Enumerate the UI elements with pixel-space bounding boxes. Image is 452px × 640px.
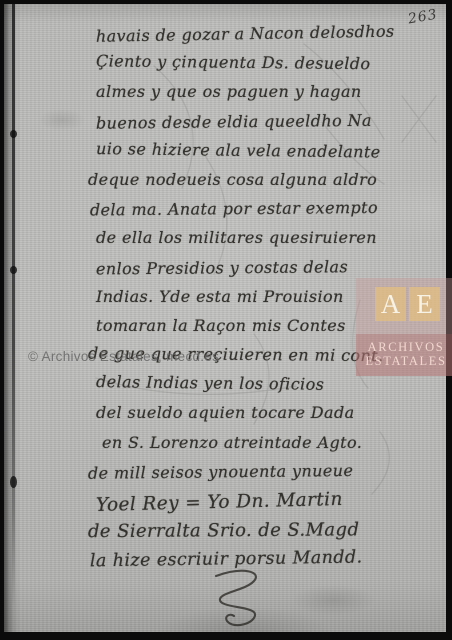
binding-line [12,4,15,632]
manuscript-line: del sueldo aquien tocare Dada [96,403,416,432]
binding-nick [10,266,17,274]
rubric-flourish [200,564,290,634]
manuscript-line: delas Indias yen los oficios [96,372,416,405]
scanned-manuscript-page: 263 havais de gozar a Nacon delosdhosÇie… [0,0,452,640]
manuscript-line: de Sierralta Srio. de S.Magd [88,519,416,550]
ae-logo-square-e: E [409,287,440,321]
manuscript-line: deque nodeueis cosa alguna aldro [88,170,416,199]
manuscript-line: almes y que os paguen y hagan [96,82,416,111]
manuscript-line: dela ma. Anata por estar exempto [90,198,416,230]
ae-letter-a: A [381,291,401,318]
logo-word-archivos: ARCHIVOS [356,341,452,354]
ae-letter-e: E [416,291,433,318]
paper: 263 havais de gozar a Nacon delosdhosÇie… [4,4,446,632]
ae-logo-square-a: A [375,287,406,321]
manuscript-line: uio se hiziere ala vela enadelante [96,139,416,172]
manuscript-line: en S. Lorenzo atreintade Agto. [102,433,416,462]
binding-nick [10,476,17,488]
copyright-watermark: © Archivos Estatales, mecd.es [28,349,219,364]
manuscript-line: de ella los militares quesiruieren [96,228,416,257]
manuscript-line: buenos desde eldia queeldho Na [96,110,416,143]
archivos-estatales-logo: A E ARCHIVOS ESTATALES [356,278,452,376]
logo-word-estatales: ESTATALES [356,355,452,368]
manuscript-line: Çiento y çinquenta Ds. desueldo [96,52,416,85]
binding-nick [10,130,17,138]
manuscript-line: havais de gozar a Nacon delosdhos [96,21,416,56]
